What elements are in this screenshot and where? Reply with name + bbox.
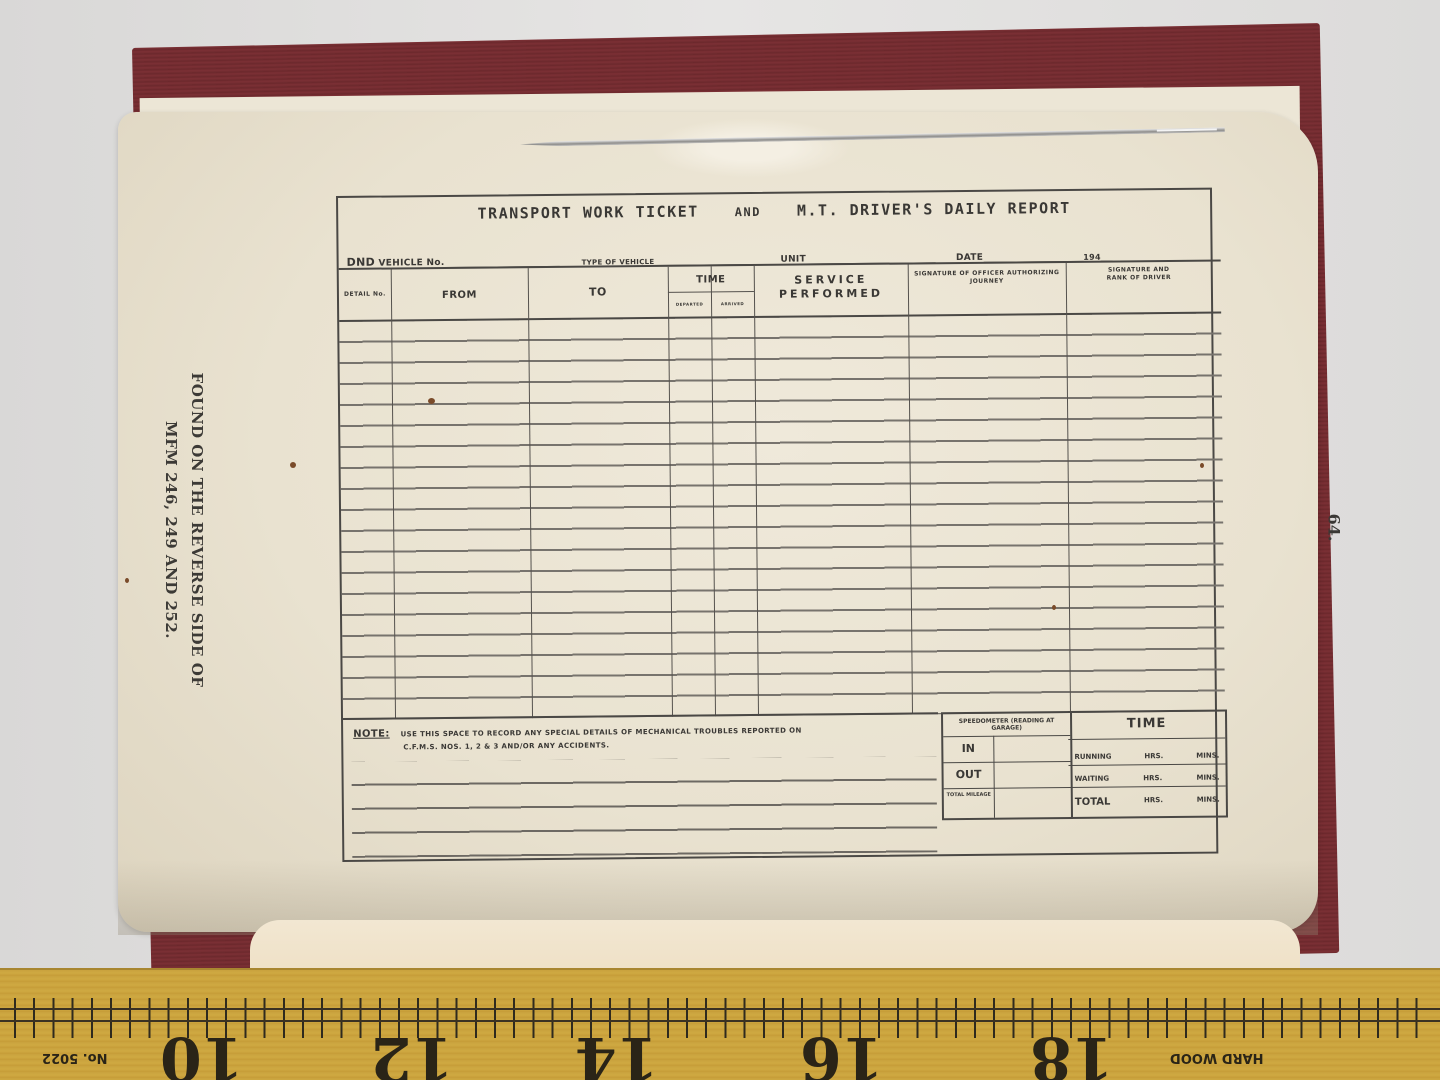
title-left: TRANSPORT WORK TICKET [478,203,699,223]
hrs-label: HRS. [1144,752,1163,760]
header-driver-signature: SIGNATURE AND RANK OF DRIVER [1099,266,1179,283]
header-departed: DEPARTED [668,299,711,308]
ruler-line [0,1008,1440,1010]
mins-label: MINS. [1196,752,1219,760]
foxing-spot [1052,605,1056,610]
time-rule [1069,785,1226,788]
work-ticket-form: TRANSPORT WORK TICKETANDM.T. DRIVER'S DA… [336,188,1218,862]
ruler-number: 14 [575,1028,659,1080]
col-from [391,268,533,719]
time-rule [1068,737,1225,740]
waiting-label: WAITING [1075,775,1109,783]
note-line2: C.F.M.S. NOS. 1, 2 & 3 AND/OR ANY ACCIDE… [403,741,609,751]
header-detail: DETAIL No. [341,289,389,298]
note-label: NOTE: [353,729,390,740]
foxing-spot [290,462,296,468]
hrs-label: HRS. [1143,774,1162,782]
time-rule [1068,763,1225,766]
page-number: 64. [1324,514,1343,542]
col-officer-signature [908,263,1071,715]
speedo-rule [943,735,1070,737]
time-summary-header: TIME [1068,715,1225,732]
running-row[interactable]: RUNNING HRS. MINS. [1074,752,1219,761]
title-right: M.T. DRIVER'S DAILY REPORT [797,199,1071,220]
col-service [754,265,913,716]
title-and: AND [735,205,761,219]
mins-label: MINS. [1197,796,1220,807]
notes-area[interactable]: NOTE: USE THIS SPACE TO RECORD ANY SPECI… [343,712,939,862]
ruler-number: 16 [800,1028,884,1080]
side-note-line1: FOUND ON THE REVERSE SIDE OF [184,320,210,740]
header-service: SERVICE PERFORMED [769,273,893,302]
wooden-ruler: 10 12 14 16 18 No. 5022 HARD WOOD [0,968,1440,1080]
col-detail [339,269,396,719]
time-summary-box: TIME RUNNING HRS. MINS. WAITING HRS. MIN… [1068,709,1228,819]
mins-label: MINS. [1196,774,1219,782]
total-row[interactable]: TOTAL HRS. MINS. [1075,796,1220,808]
side-note: FOUND ON THE REVERSE SIDE OF MFM 246, 24… [150,320,210,740]
header-arrived: ARRIVED [711,299,754,308]
journey-table: DETAIL No. FROM TO TIME DEPARTED ARRIVED… [339,260,1225,720]
needle-tuck [650,118,850,178]
ruler-number: 10 [160,1028,244,1080]
waiting-row[interactable]: WAITING HRS. MINS. [1075,774,1220,783]
col-arrived [711,266,759,716]
ruler-number: 12 [370,1028,454,1080]
note-ruled-lines [351,756,937,858]
ruler-number: 18 [1030,1028,1114,1080]
ruler-wood-label: HARD WOOD [1170,1050,1264,1065]
foxing-spot [125,578,129,583]
speedometer-box: SPEEDOMETER (READING AT GARAGE) IN OUT T… [941,711,1073,820]
col-departed [668,266,716,716]
speedometer-header: SPEEDOMETER (READING AT GARAGE) [943,717,1070,732]
ruler-line [0,1020,1440,1022]
hrs-label: HRS. [1144,796,1163,807]
header-officer-signature: SIGNATURE OF OFFICER AUTHORIZING JOURNEY [914,269,1060,286]
speedo-rule [943,761,1070,763]
speedo-in-label: IN [943,742,993,755]
total-label: TOTAL [1075,797,1111,808]
header-time: TIME [668,275,754,285]
side-note-line2: MFM 246, 249 AND 252. [158,320,184,740]
col-to [528,267,673,718]
curled-page [250,920,1300,970]
speedo-out-label: OUT [944,768,994,781]
foxing-spot [428,398,435,404]
note-instructions: NOTE: USE THIS SPACE TO RECORD ANY SPECI… [353,724,802,755]
foxing-spot [1200,463,1204,468]
ruler-model-label: No. 5022 [42,1050,107,1065]
header-to: TO [528,287,668,297]
form-title: TRANSPORT WORK TICKETANDM.T. DRIVER'S DA… [338,198,1210,224]
running-label: RUNNING [1074,753,1111,761]
speedo-rule [944,787,1071,789]
speedo-total-label: TOTAL MILEAGE [944,792,994,799]
header-from: FROM [391,290,528,300]
note-line1: USE THIS SPACE TO RECORD ANY SPECIAL DET… [401,727,802,739]
